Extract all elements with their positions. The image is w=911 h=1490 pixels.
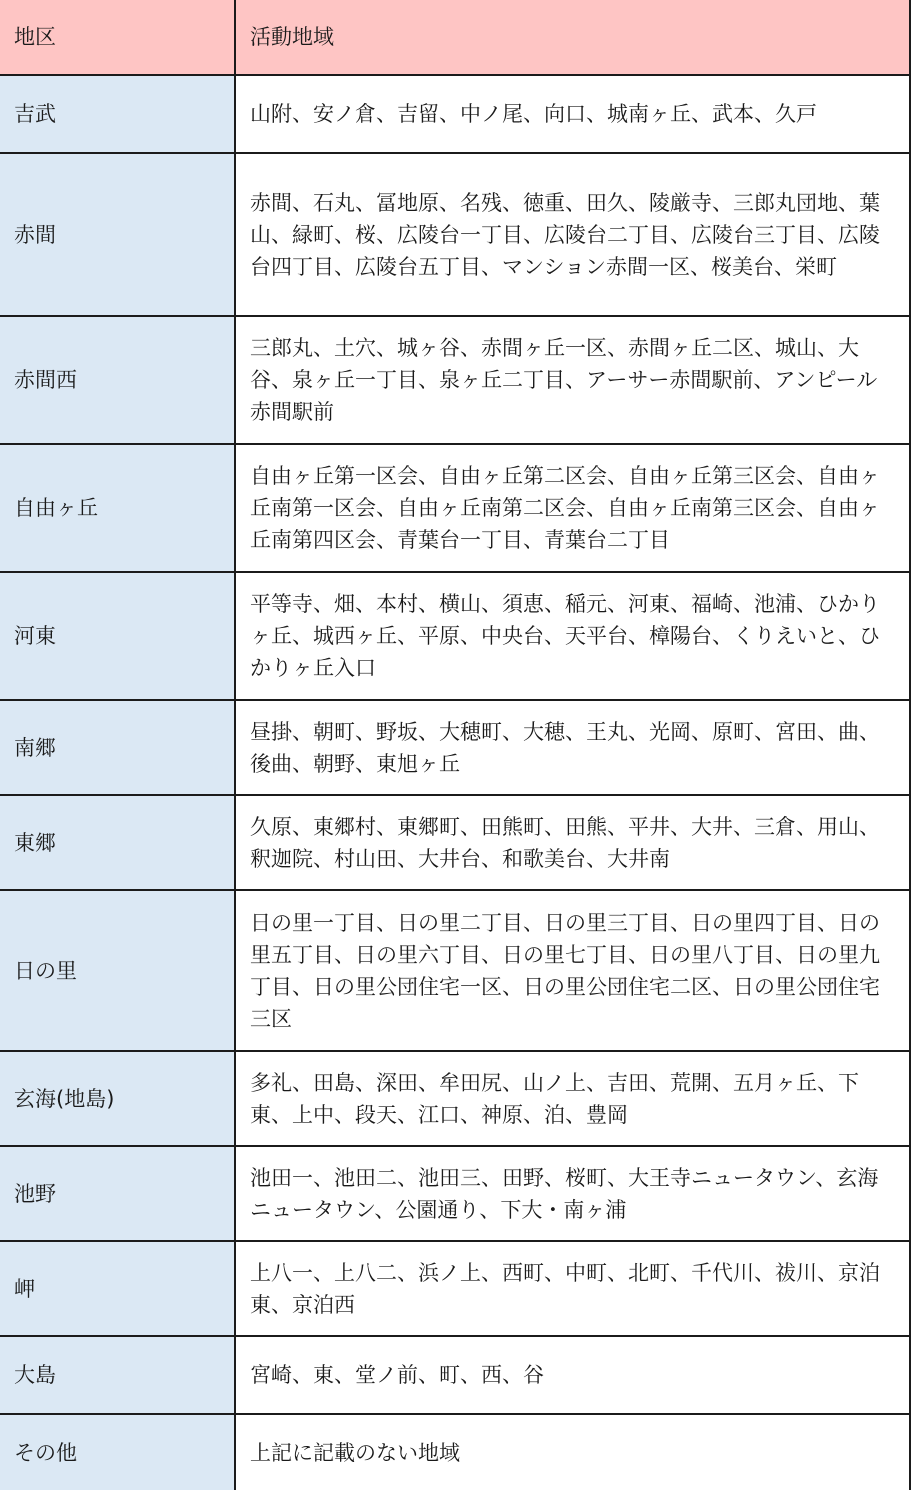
areas-cell: 久原、東郷村、東郷町、田熊町、田熊、平井、大井、三倉、用山、釈迦院、村山田、大井… [235, 795, 910, 890]
district-cell: 河東 [0, 572, 235, 700]
areas-cell: 平等寺、畑、本村、横山、須恵、稲元、河東、福崎、池浦、ひかりヶ丘、城西ヶ丘、平原… [235, 572, 910, 700]
table-row: 河東 平等寺、畑、本村、横山、須恵、稲元、河東、福崎、池浦、ひかりヶ丘、城西ヶ丘… [0, 572, 910, 700]
table-row: 赤間西 三郎丸、土穴、城ヶ谷、赤間ヶ丘一区、赤間ヶ丘二区、城山、大谷、泉ヶ丘一丁… [0, 316, 910, 444]
areas-cell: 自由ヶ丘第一区会、自由ヶ丘第二区会、自由ヶ丘第三区会、自由ヶ丘南第一区会、自由ヶ… [235, 444, 910, 572]
table-row: 南郷 昼掛、朝町、野坂、大穂町、大穂、王丸、光岡、原町、宮田、曲、後曲、朝野、東… [0, 700, 910, 795]
areas-cell: 三郎丸、土穴、城ヶ谷、赤間ヶ丘一区、赤間ヶ丘二区、城山、大谷、泉ヶ丘一丁目、泉ヶ… [235, 316, 910, 444]
table-row: 玄海(地島) 多礼、田島、深田、牟田尻、山ノ上、吉田、荒開、五月ヶ丘、下東、上中… [0, 1051, 910, 1146]
table-row: 赤間 赤間、石丸、冨地原、名残、徳重、田久、陵厳寺、三郎丸団地、葉山、緑町、桜、… [0, 153, 910, 316]
header-row: 地区 活動地域 [0, 0, 910, 75]
district-cell: 日の里 [0, 890, 235, 1051]
district-cell: 吉武 [0, 75, 235, 153]
district-cell: 岬 [0, 1241, 235, 1336]
table-row: 池野 池田一、池田二、池田三、田野、桜町、大王寺ニュータウン、玄海ニュータウン、… [0, 1146, 910, 1241]
district-cell: その他 [0, 1414, 235, 1490]
areas-cell: 日の里一丁目、日の里二丁目、日の里三丁目、日の里四丁目、日の里五丁目、日の里六丁… [235, 890, 910, 1051]
areas-column-header: 活動地域 [235, 0, 910, 75]
areas-cell: 山附、安ノ倉、吉留、中ノ尾、向口、城南ヶ丘、武本、久戸 [235, 75, 910, 153]
areas-cell: 上八一、上八二、浜ノ上、西町、中町、北町、千代川、祓川、京泊東、京泊西 [235, 1241, 910, 1336]
district-cell: 赤間西 [0, 316, 235, 444]
table-row: 自由ヶ丘 自由ヶ丘第一区会、自由ヶ丘第二区会、自由ヶ丘第三区会、自由ヶ丘南第一区… [0, 444, 910, 572]
district-cell: 東郷 [0, 795, 235, 890]
table-row: 東郷 久原、東郷村、東郷町、田熊町、田熊、平井、大井、三倉、用山、釈迦院、村山田… [0, 795, 910, 890]
district-column-header: 地区 [0, 0, 235, 75]
areas-cell: 宮崎、東、堂ノ前、町、西、谷 [235, 1336, 910, 1414]
areas-cell: 昼掛、朝町、野坂、大穂町、大穂、王丸、光岡、原町、宮田、曲、後曲、朝野、東旭ヶ丘 [235, 700, 910, 795]
district-cell: 南郷 [0, 700, 235, 795]
district-areas-table: 地区 活動地域 吉武 山附、安ノ倉、吉留、中ノ尾、向口、城南ヶ丘、武本、久戸 赤… [0, 0, 911, 1490]
table-row: 大島 宮崎、東、堂ノ前、町、西、谷 [0, 1336, 910, 1414]
table-row: 岬 上八一、上八二、浜ノ上、西町、中町、北町、千代川、祓川、京泊東、京泊西 [0, 1241, 910, 1336]
district-cell: 赤間 [0, 153, 235, 316]
table-row: 吉武 山附、安ノ倉、吉留、中ノ尾、向口、城南ヶ丘、武本、久戸 [0, 75, 910, 153]
areas-cell: 赤間、石丸、冨地原、名残、徳重、田久、陵厳寺、三郎丸団地、葉山、緑町、桜、広陵台… [235, 153, 910, 316]
district-cell: 大島 [0, 1336, 235, 1414]
table-row: 日の里 日の里一丁目、日の里二丁目、日の里三丁目、日の里四丁目、日の里五丁目、日… [0, 890, 910, 1051]
areas-cell: 多礼、田島、深田、牟田尻、山ノ上、吉田、荒開、五月ヶ丘、下東、上中、段天、江口、… [235, 1051, 910, 1146]
district-cell: 玄海(地島) [0, 1051, 235, 1146]
district-cell: 池野 [0, 1146, 235, 1241]
areas-cell: 上記に記載のない地域 [235, 1414, 910, 1490]
areas-cell: 池田一、池田二、池田三、田野、桜町、大王寺ニュータウン、玄海ニュータウン、公園通… [235, 1146, 910, 1241]
district-cell: 自由ヶ丘 [0, 444, 235, 572]
table-row: その他 上記に記載のない地域 [0, 1414, 910, 1490]
